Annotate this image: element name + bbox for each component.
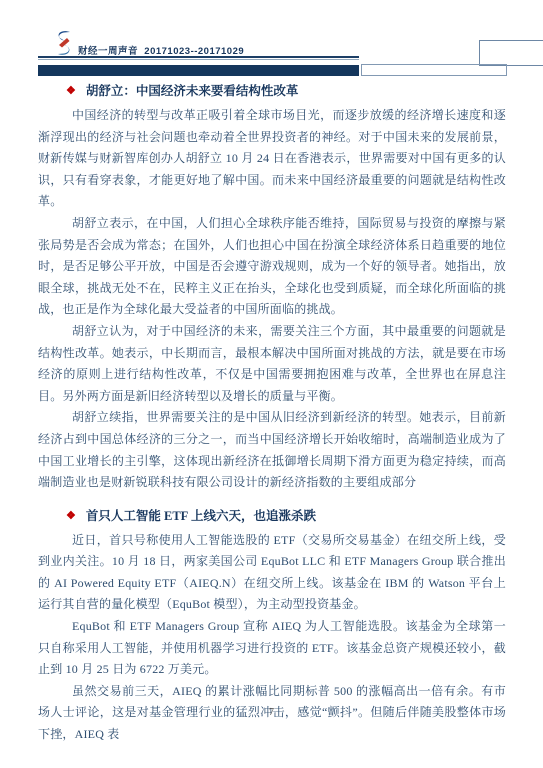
paragraph: 胡舒立表示，在中国，人们担心全球秩序能否维持，国际贸易与投资的摩擦与紧张局势是否… [38,213,506,321]
section-heading: ❖ 首只人工智能 ETF 上线六天，也追涨杀跌 [38,508,506,526]
section-heading-text: 首只人工智能 ETF 上线六天，也追涨杀跌 [86,508,316,525]
caixin-s-logo-icon [54,30,74,56]
document-page: 财经一周声音 20171023--20171029 ❖ 胡舒立：中国经济未来要看… [0,0,543,768]
diamond-bullet-icon: ❖ [66,83,76,100]
header-rule [38,56,359,60]
paragraph: 胡舒立续指，世界需要关注的是中国从旧经济到新经济的转型。她表示，目前新经济占到中… [38,407,506,493]
section-heading: ❖ 胡舒立：中国经济未来要看结构性改革 [38,83,506,101]
header-outline-box-lower [361,64,507,76]
paragraph: 胡舒立认为，对于中国经济的未来，需要关注三个方面，其中最重要的问题就是结构性改革… [38,321,506,407]
header-title: 财经一周声音 20171023--20171029 [78,43,244,57]
header-navy-bar [38,65,359,76]
diamond-bullet-icon: ❖ [66,508,76,525]
page-content: ❖ 胡舒立：中国经济未来要看结构性改革 中国经济的转型与改革正吸引着全球市场目光… [38,83,506,746]
section-heading-text: 胡舒立：中国经济未来要看结构性改革 [86,83,299,100]
paragraph: 中国经济的转型与改革正吸引着全球市场目光，而逐步放缓的经济增长速度和逐渐浮现出的… [38,105,506,213]
header-outline-box-top-right [479,40,543,66]
paragraph: 近日，首只号称使用人工智能选股的 ETF（交易所交易基金）在纽交所上线，受到业内… [38,530,506,616]
section-hushuli: ❖ 胡舒立：中国经济未来要看结构性改革 中国经济的转型与改革正吸引着全球市场目光… [38,83,506,494]
paragraph: EquBot 和 ETF Managers Group 宣称 AIEQ 为人工智… [38,616,506,681]
page-number: 7 [0,707,543,718]
